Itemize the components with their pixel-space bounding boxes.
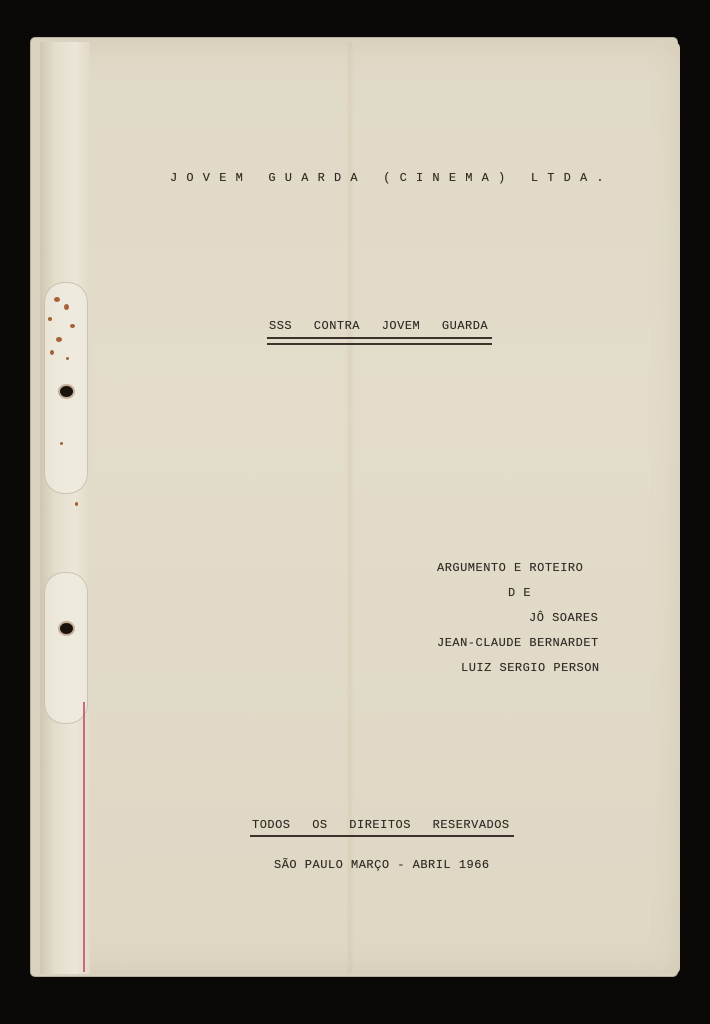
rust-stain (66, 357, 69, 360)
rights-underline (250, 835, 514, 837)
rust-stain (48, 317, 52, 321)
script-title: SSS CONTRA JOVEM GUARDA (269, 319, 488, 333)
punch-hole (60, 623, 73, 634)
rust-stain (54, 297, 60, 302)
margin-line (83, 702, 85, 972)
credits-preposition: D E (508, 586, 531, 600)
tape-strip (44, 572, 88, 724)
punch-hole (60, 386, 73, 397)
rust-stain (50, 350, 54, 355)
rust-stain (75, 502, 78, 506)
place-date: SÃO PAULO MARÇO - ABRIL 1966 (274, 858, 490, 872)
rust-stain (70, 324, 75, 328)
rust-stain (64, 304, 69, 310)
cover-page: JOVEM GUARDA (CINEMA) LTDA. SSS CONTRA J… (40, 42, 680, 974)
rust-stain (60, 442, 63, 445)
rights-notice: TODOS OS DIREITOS RESERVADOS (252, 818, 510, 832)
title-underline (267, 343, 492, 345)
author-name: LUIZ SERGIO PERSON (461, 661, 600, 675)
company-name: JOVEM GUARDA (CINEMA) LTDA. (170, 171, 613, 185)
rust-stain (56, 337, 62, 342)
credits-role: ARGUMENTO E ROTEIRO (437, 561, 583, 575)
title-underline (267, 337, 492, 339)
author-name: JEAN-CLAUDE BERNARDET (437, 636, 599, 650)
author-name: JÔ SOARES (529, 611, 598, 625)
